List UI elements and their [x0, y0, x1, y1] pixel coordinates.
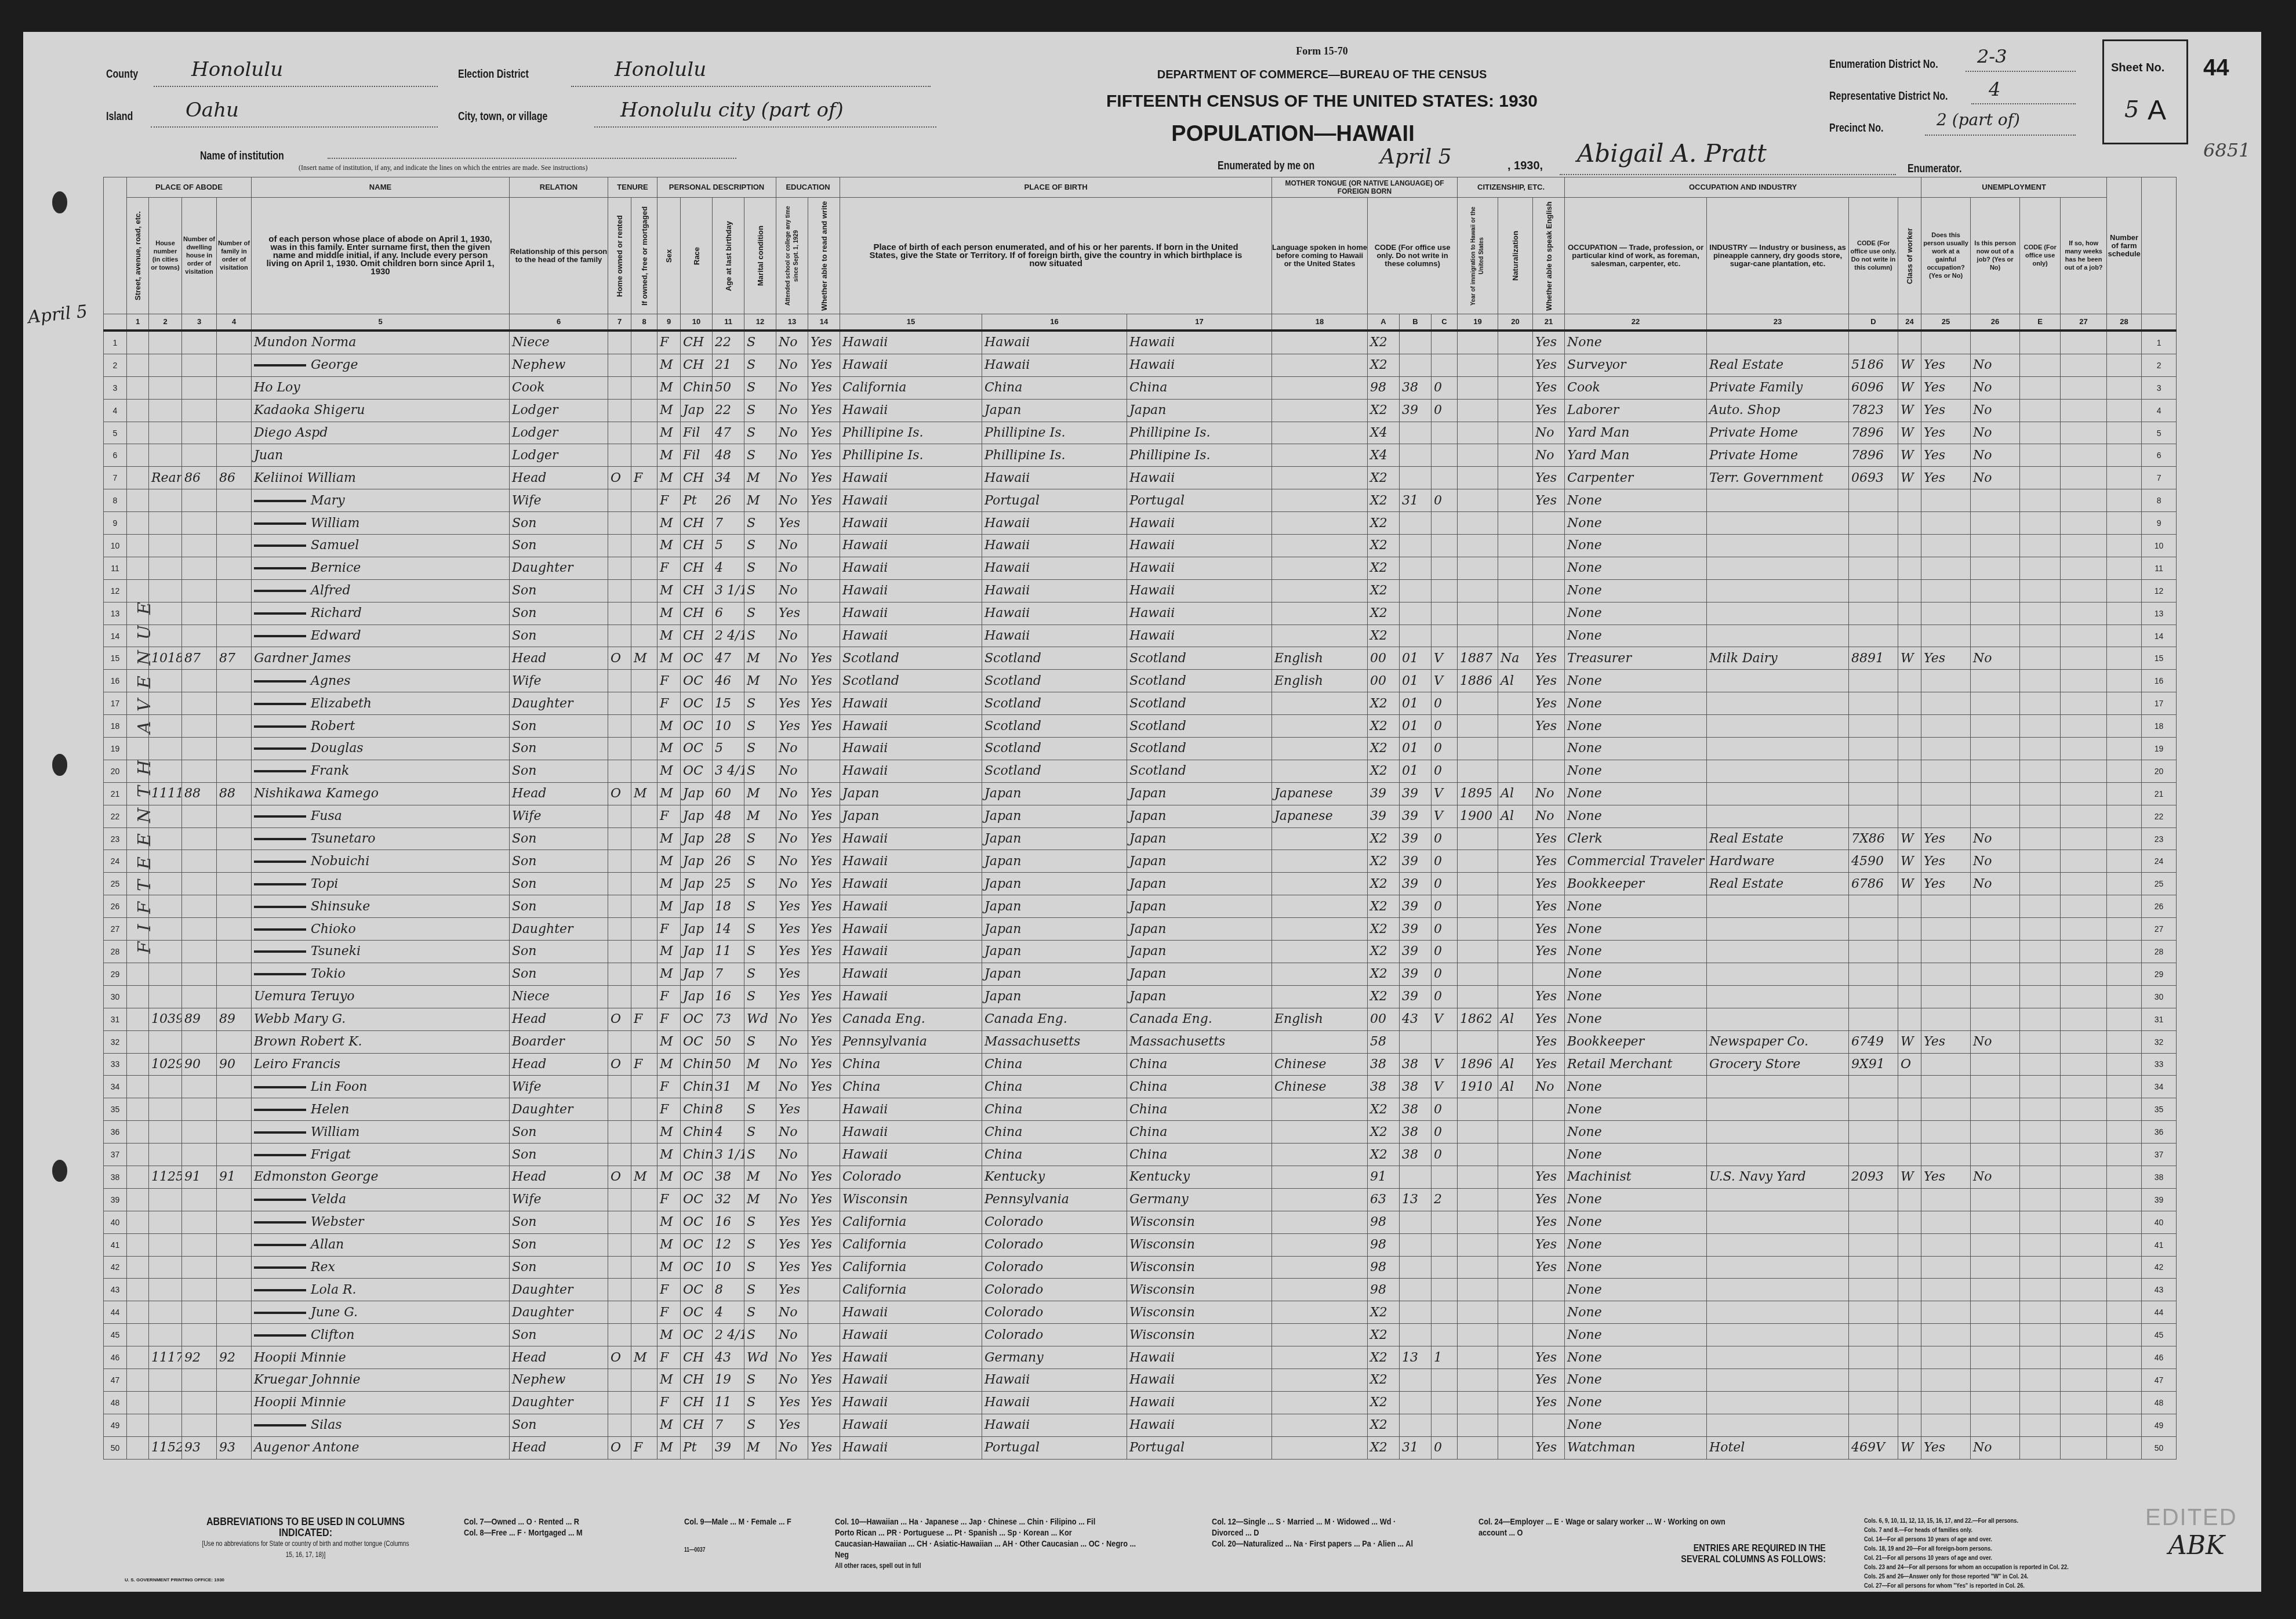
- dwelling-number: [182, 1256, 217, 1279]
- attended-school: No: [776, 376, 808, 399]
- farm-schedule: [2107, 918, 2142, 941]
- usually-works: [1921, 1346, 1971, 1369]
- birthplace-mother: Hawaii: [1127, 467, 1272, 489]
- race: Fil: [681, 422, 713, 444]
- birthplace-father: Scotland: [982, 715, 1127, 738]
- farm-schedule: [2107, 625, 2142, 647]
- birthplace-father: Colorado: [982, 1324, 1127, 1346]
- class-of-worker: W: [1898, 827, 1921, 850]
- marital-condition: M: [744, 805, 776, 827]
- margin-number: 6851: [2203, 139, 2250, 161]
- industry: Terr. Government: [1707, 467, 1849, 489]
- unemployment-code: [2020, 1301, 2061, 1324]
- column-number: 10: [681, 314, 713, 331]
- year-immigration: [1458, 331, 1498, 354]
- weeks-out: [2061, 1098, 2107, 1121]
- attended-school: No: [776, 827, 808, 850]
- street: [127, 1211, 149, 1233]
- occupation-code: [1849, 985, 1898, 1008]
- occupation: Laborer: [1565, 399, 1707, 422]
- weeks-out: [2061, 1008, 2107, 1030]
- relation: Daughter: [510, 1279, 608, 1301]
- dwelling-number: [182, 512, 217, 535]
- occupation-code: [1849, 1301, 1898, 1324]
- person-name: Tokio: [252, 963, 510, 985]
- code-country: 01: [1400, 760, 1432, 782]
- farm-schedule: [2107, 512, 2142, 535]
- farm-schedule: [2107, 963, 2142, 985]
- island-label: Island: [106, 110, 133, 124]
- year-immigration: [1458, 444, 1498, 467]
- class-of-worker: [1898, 941, 1921, 963]
- code-country: 38: [1400, 1121, 1432, 1144]
- unemployment-code: [2020, 579, 2061, 602]
- person-name: Lin Foon: [252, 1076, 510, 1098]
- usually-works: Yes: [1921, 873, 1971, 895]
- year-immigration: [1458, 1414, 1498, 1436]
- marital-condition: M: [744, 1076, 776, 1098]
- occupation-code: 7823: [1849, 399, 1898, 422]
- speaks-english: Yes: [1533, 1008, 1565, 1030]
- read-write: Yes: [808, 1076, 840, 1098]
- naturalization: [1498, 376, 1533, 399]
- column-number-row: 123456789101112131415161718ABC1920212223…: [104, 314, 2177, 331]
- weeks-out: [2061, 444, 2107, 467]
- relation: Lodger: [510, 422, 608, 444]
- age: 19: [713, 1368, 744, 1391]
- birthplace-mother: Wisconsin: [1127, 1301, 1272, 1324]
- usually-works: [1921, 670, 1971, 692]
- relation: Boarder: [510, 1030, 608, 1053]
- birth-instruction: Place of birth of each person enumerated…: [840, 198, 1272, 314]
- class-of-worker: [1898, 1346, 1921, 1369]
- occupation-code: [1849, 692, 1898, 715]
- code-nativity: 0: [1432, 489, 1458, 512]
- race: CH: [681, 1414, 713, 1436]
- weeks-out: [2061, 760, 2107, 782]
- dwelling-number: 91: [182, 1166, 217, 1188]
- house-number: [149, 692, 182, 715]
- usually-works: [1921, 1414, 1971, 1436]
- class-of-worker: [1898, 1144, 1921, 1166]
- weeks-out: [2061, 1233, 2107, 1256]
- usually-works: Yes: [1921, 827, 1971, 850]
- mother-tongue: [1272, 1098, 1368, 1121]
- marital-condition: S: [744, 715, 776, 738]
- line-number-right: 1: [2142, 331, 2177, 354]
- line-number: 46: [104, 1346, 127, 1369]
- ditto-mark: [254, 680, 306, 683]
- home-owned: [608, 331, 631, 354]
- farm-schedule: [2107, 557, 2142, 579]
- column-number: 28: [2107, 314, 2142, 331]
- naturalization: [1498, 1256, 1533, 1279]
- house-number: [149, 941, 182, 963]
- read-write: Yes: [808, 1346, 840, 1369]
- family-number: [217, 941, 252, 963]
- birthplace-father: China: [982, 1053, 1127, 1076]
- read-write: [808, 557, 840, 579]
- marital-condition: S: [744, 399, 776, 422]
- race: OC: [681, 715, 713, 738]
- class-of-worker: [1898, 782, 1921, 805]
- family-number: [217, 670, 252, 692]
- attended-school: No: [776, 1301, 808, 1324]
- unemployment-code: [2020, 1233, 2061, 1256]
- race: Jap: [681, 399, 713, 422]
- code-nativity: [1432, 512, 1458, 535]
- speaks-english: [1533, 1279, 1565, 1301]
- home-owned: [608, 941, 631, 963]
- table-row: 30Uemura TeruyoNieceFJap16SYesYesHawaiiJ…: [104, 985, 2177, 1008]
- naturalization: [1498, 963, 1533, 985]
- class-of-worker: W: [1898, 399, 1921, 422]
- speaks-english: Yes: [1533, 895, 1565, 918]
- birthplace-person: Hawaii: [840, 625, 982, 647]
- precinct-value: 2 (part of): [1937, 110, 2020, 129]
- abbrev-col7-8: Col. 7—Owned ... O · Rented ... R Col. 8…: [464, 1516, 641, 1538]
- home-owned: [608, 489, 631, 512]
- code-country: 31: [1400, 1436, 1432, 1459]
- family-number: [217, 1324, 252, 1346]
- unemployment-code: [2020, 670, 2061, 692]
- occupation: Surveyor: [1565, 354, 1707, 376]
- birthplace-person: Hawaii: [840, 331, 982, 354]
- unemployment-code: [2020, 647, 2061, 670]
- abbrev-col10: Col. 10—Hawaiian ... Ha · Japanese ... J…: [835, 1516, 1140, 1571]
- occupation: None: [1565, 1279, 1707, 1301]
- attended-school: No: [776, 399, 808, 422]
- relation: Son: [510, 1324, 608, 1346]
- person-name: Edward: [252, 625, 510, 647]
- home-owned: [608, 670, 631, 692]
- relation: Son: [510, 1211, 608, 1233]
- code-country: [1400, 1030, 1432, 1053]
- unemployment-code: [2020, 873, 2061, 895]
- marital-condition: M: [744, 1053, 776, 1076]
- unemployment-code: [2020, 1211, 2061, 1233]
- code-country: [1400, 512, 1432, 535]
- code-nativity: [1432, 331, 1458, 354]
- speaks-english: [1533, 557, 1565, 579]
- attended-school: No: [776, 1076, 808, 1098]
- weeks-out: [2061, 873, 2107, 895]
- table-row: 44June G.DaughterFOC4SNoHawaiiColoradoWi…: [104, 1301, 2177, 1324]
- race: Chin: [681, 1053, 713, 1076]
- usually-works: [1921, 1211, 1971, 1233]
- out-of-job: No: [1971, 1436, 2020, 1459]
- col18-header: Language spoken in home before coming to…: [1272, 198, 1368, 314]
- family-number: [217, 1211, 252, 1233]
- institution-label: Name of institution: [200, 150, 284, 163]
- code-nativity: [1432, 625, 1458, 647]
- person-name: George: [252, 354, 510, 376]
- age: 22: [713, 399, 744, 422]
- ditto-mark: [254, 770, 306, 772]
- column-number: 21: [1533, 314, 1565, 331]
- representative-district-label: Representative District No.: [1829, 90, 1948, 103]
- farm-schedule: [2107, 399, 2142, 422]
- usually-works: [1921, 535, 1971, 557]
- occupation-code: [1849, 1414, 1898, 1436]
- house-number: [149, 602, 182, 625]
- house-number: [149, 850, 182, 873]
- col27-header: If so, how many weeks has he been out of…: [2061, 198, 2107, 314]
- industry: [1707, 1414, 1849, 1436]
- person-name: Juan: [252, 444, 510, 467]
- col23-header: INDUSTRY — Industry or business, as pine…: [1707, 198, 1849, 314]
- code-nativity: [1432, 1211, 1458, 1233]
- code-nativity: V: [1432, 1076, 1458, 1098]
- house-number: [149, 985, 182, 1008]
- age: 3 4/12: [713, 760, 744, 782]
- weeks-out: [2061, 579, 2107, 602]
- year-immigration: [1458, 1144, 1498, 1166]
- home-owned: [608, 895, 631, 918]
- col6-header: Relationship of this person to the head …: [510, 198, 608, 314]
- class-of-worker: [1898, 715, 1921, 738]
- representative-district-value: 4: [1989, 78, 2000, 100]
- owned-free-mortgaged: [631, 827, 657, 850]
- sex: M: [657, 1324, 681, 1346]
- birthplace-person: Hawaii: [840, 1144, 982, 1166]
- year-immigration: [1458, 827, 1498, 850]
- birthplace-person: Hawaii: [840, 963, 982, 985]
- column-number: 20: [1498, 314, 1533, 331]
- mother-tongue: [1272, 422, 1368, 444]
- ditto-mark: [254, 1244, 306, 1246]
- line-number: 24: [104, 850, 127, 873]
- mother-tongue: English: [1272, 647, 1368, 670]
- year-immigration: [1458, 1368, 1498, 1391]
- race: CH: [681, 354, 713, 376]
- person-name: Bernice: [252, 557, 510, 579]
- weeks-out: [2061, 941, 2107, 963]
- out-of-job: [1971, 1324, 2020, 1346]
- birthplace-father: Phillipine Is.: [982, 422, 1127, 444]
- race: Jap: [681, 782, 713, 805]
- read-write: Yes: [808, 692, 840, 715]
- race: OC: [681, 692, 713, 715]
- dwelling-number: [182, 873, 217, 895]
- birthplace-person: Hawaii: [840, 602, 982, 625]
- code-state: X2: [1368, 1324, 1400, 1346]
- race: CH: [681, 331, 713, 354]
- attended-school: No: [776, 1166, 808, 1188]
- code-nativity: 0: [1432, 827, 1458, 850]
- house-number: 1152: [149, 1436, 182, 1459]
- family-number: [217, 985, 252, 1008]
- race: CH: [681, 512, 713, 535]
- out-of-job: [1971, 579, 2020, 602]
- farm-schedule: [2107, 1346, 2142, 1369]
- naturalization: [1498, 1121, 1533, 1144]
- occupation: None: [1565, 1346, 1707, 1369]
- race: OC: [681, 1008, 713, 1030]
- street: [127, 827, 149, 850]
- street: [127, 1008, 149, 1030]
- weeks-out: [2061, 1121, 2107, 1144]
- class-of-worker: [1898, 512, 1921, 535]
- usually-works: [1921, 715, 1971, 738]
- age: 21: [713, 354, 744, 376]
- street: [127, 512, 149, 535]
- owned-free-mortgaged: [631, 1098, 657, 1121]
- read-write: Yes: [808, 1233, 840, 1256]
- ditto-mark: [254, 861, 306, 863]
- naturalization: [1498, 444, 1533, 467]
- age: 11: [713, 1391, 744, 1414]
- speaks-english: Yes: [1533, 715, 1565, 738]
- house-number: [149, 489, 182, 512]
- enumeration-district-line: [1966, 71, 2076, 72]
- age: 16: [713, 985, 744, 1008]
- column-number: 5: [252, 314, 510, 331]
- occupation: None: [1565, 670, 1707, 692]
- out-of-job: No: [1971, 354, 2020, 376]
- person-name: Brown Robert K.: [252, 1030, 510, 1053]
- editor-initials: ABK: [2168, 1531, 2225, 1560]
- marital-condition: M: [744, 489, 776, 512]
- occupation-code: [1849, 602, 1898, 625]
- farm-schedule: [2107, 1030, 2142, 1053]
- marital-condition: S: [744, 354, 776, 376]
- table-row: 18RobertSonMOC10SYesYesHawaiiScotlandSco…: [104, 715, 2177, 738]
- usually-works: [1921, 738, 1971, 760]
- code-nativity: V: [1432, 670, 1458, 692]
- read-write: [808, 1098, 840, 1121]
- farm-schedule: [2107, 1233, 2142, 1256]
- attended-school: Yes: [776, 895, 808, 918]
- marital-condition: S: [744, 1256, 776, 1279]
- birthplace-father: China: [982, 376, 1127, 399]
- family-number: [217, 1368, 252, 1391]
- naturalization: [1498, 1324, 1533, 1346]
- out-of-job: No: [1971, 850, 2020, 873]
- sex: M: [657, 1256, 681, 1279]
- street: [127, 354, 149, 376]
- occupation: Commercial Traveler: [1565, 850, 1707, 873]
- industry: U.S. Navy Yard: [1707, 1166, 1849, 1188]
- birthplace-father: Phillipine Is.: [982, 444, 1127, 467]
- industry: [1707, 670, 1849, 692]
- naturalization: [1498, 579, 1533, 602]
- line-number: 38: [104, 1166, 127, 1188]
- relation: Son: [510, 738, 608, 760]
- farm-schedule: [2107, 1098, 2142, 1121]
- dwelling-number: [182, 1121, 217, 1144]
- code-nativity: 0: [1432, 895, 1458, 918]
- weeks-out: [2061, 376, 2107, 399]
- code-nativity: 2: [1432, 1188, 1458, 1211]
- code-state: 38: [1368, 1053, 1400, 1076]
- house-number: [149, 1279, 182, 1301]
- industry: [1707, 1233, 1849, 1256]
- age: 2 4/12: [713, 625, 744, 647]
- industry: [1707, 1076, 1849, 1098]
- read-write: Yes: [808, 354, 840, 376]
- birthplace-mother: Wisconsin: [1127, 1324, 1272, 1346]
- attended-school: No: [776, 1324, 808, 1346]
- ditto-mark: [254, 815, 306, 818]
- out-of-job: [1971, 1414, 2020, 1436]
- speaks-english: Yes: [1533, 918, 1565, 941]
- birthplace-father: China: [982, 1076, 1127, 1098]
- birthplace-father: Colorado: [982, 1301, 1127, 1324]
- column-number: 12: [744, 314, 776, 331]
- code-state: X2: [1368, 738, 1400, 760]
- house-number: [149, 873, 182, 895]
- unemployment-code: [2020, 985, 2061, 1008]
- out-of-job: [1971, 805, 2020, 827]
- line-number-right: 3: [2142, 376, 2177, 399]
- line-number-right: 40: [2142, 1211, 2177, 1233]
- speaks-english: Yes: [1533, 1346, 1565, 1369]
- street: [127, 963, 149, 985]
- street: [127, 850, 149, 873]
- code-nativity: 1: [1432, 1346, 1458, 1369]
- occupation-code: [1849, 941, 1898, 963]
- mother-tongue: [1272, 941, 1368, 963]
- occupation-code: [1849, 625, 1898, 647]
- occupation: Machinist: [1565, 1166, 1707, 1188]
- relation: Son: [510, 1233, 608, 1256]
- industry: [1707, 1008, 1849, 1030]
- industry: Milk Dairy: [1707, 647, 1849, 670]
- attended-school: No: [776, 467, 808, 489]
- birthplace-father: Scotland: [982, 647, 1127, 670]
- line-number-right: 44: [2142, 1301, 2177, 1324]
- person-name: Lola R.: [252, 1279, 510, 1301]
- farm-schedule: [2107, 670, 2142, 692]
- speaks-english: Yes: [1533, 1256, 1565, 1279]
- precinct-label: Precinct No.: [1829, 122, 1883, 135]
- street: [127, 782, 149, 805]
- relation: Head: [510, 1008, 608, 1030]
- naturalization: [1498, 715, 1533, 738]
- abbrev-col24: Col. 24—Employer ... E · Wage or salary …: [1478, 1516, 1735, 1538]
- relation: Head: [510, 782, 608, 805]
- mother-tongue: [1272, 738, 1368, 760]
- owned-free-mortgaged: [631, 1391, 657, 1414]
- ditto-mark: [254, 747, 306, 750]
- representative-district-line: [1971, 103, 2076, 104]
- code-state: X2: [1368, 1391, 1400, 1414]
- read-write: [808, 602, 840, 625]
- ditto-mark: [254, 1266, 306, 1269]
- code-state: X2: [1368, 1144, 1400, 1166]
- speaks-english: [1533, 1414, 1565, 1436]
- age: 73: [713, 1008, 744, 1030]
- owned-free-mortgaged: F: [631, 467, 657, 489]
- read-write: [808, 625, 840, 647]
- race: OC: [681, 1256, 713, 1279]
- class-of-worker: [1898, 670, 1921, 692]
- line-number-right: 28: [2142, 941, 2177, 963]
- race: CH: [681, 625, 713, 647]
- line-number-right: 13: [2142, 602, 2177, 625]
- house-number: [149, 512, 182, 535]
- family-number: [217, 625, 252, 647]
- unemployment-code: [2020, 1053, 2061, 1076]
- occupation: Retail Merchant: [1565, 1053, 1707, 1076]
- birthplace-person: California: [840, 1211, 982, 1233]
- birthplace-person: Hawaii: [840, 715, 982, 738]
- marital-condition: S: [744, 625, 776, 647]
- occupation-code: 6749: [1849, 1030, 1898, 1053]
- person-name: Nishikawa Kamego: [252, 782, 510, 805]
- street: [127, 1368, 149, 1391]
